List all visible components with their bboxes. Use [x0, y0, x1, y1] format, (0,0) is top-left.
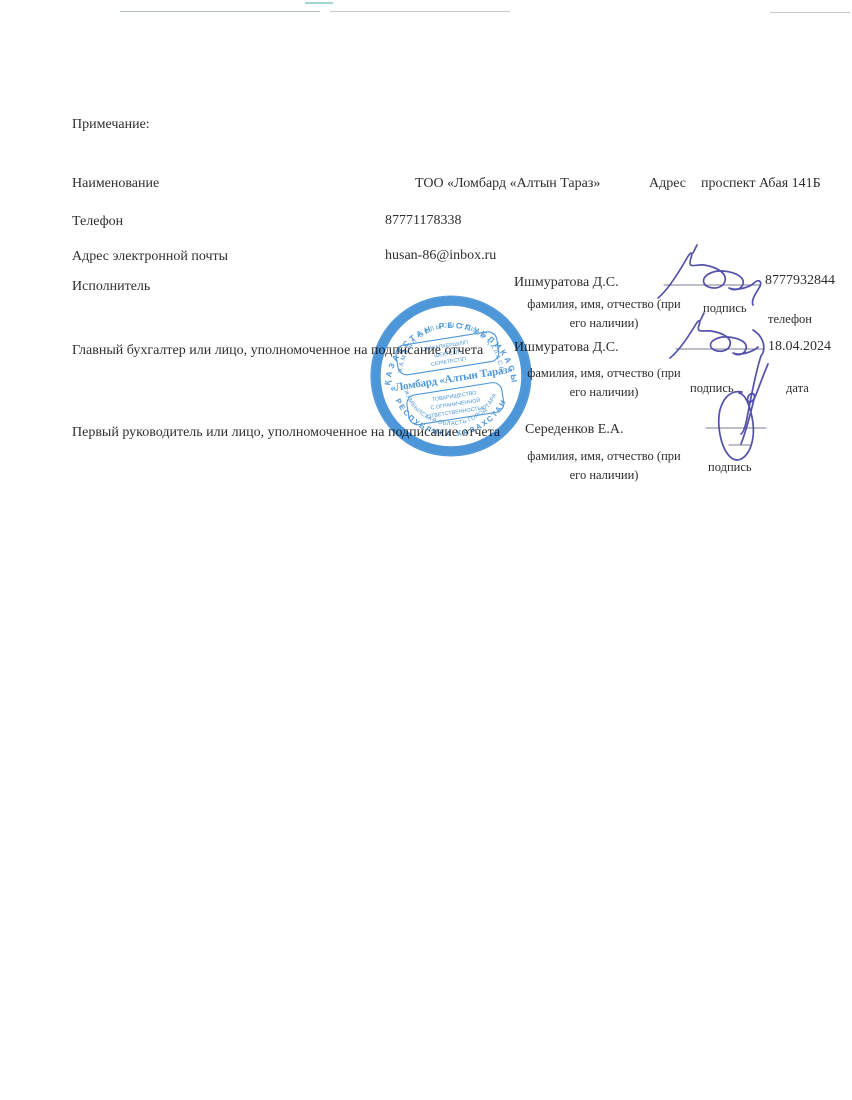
company-stamp: ҚАЗАҚСТАН РЕСПУБЛИКАСЫ РЕСПУБЛИКА КАЗАХС…: [369, 294, 533, 458]
scanned-document-page: Примечание: Наименование ТОО «Ломбард «А…: [0, 0, 852, 1100]
executor-person-name: Ишмуратова Д.С.: [514, 275, 619, 291]
chief-accountant-date-label: дата: [786, 381, 809, 396]
scan-artifact-line: [770, 12, 850, 13]
executor-phone-value: 8777932844: [765, 273, 835, 289]
executor-phone-label: телефон: [768, 312, 812, 327]
email-field-label: Адрес электронной почты: [72, 249, 228, 265]
name-field-label: Наименование: [72, 176, 159, 192]
director-signature: [719, 364, 768, 460]
chief-accountant-signature-label: подпись: [690, 381, 734, 396]
chief-accountant-fio-hint: фамилия, имя, отчество (при его наличии): [518, 364, 690, 402]
chief-accountant-date-value: 18.04.2024: [768, 339, 831, 355]
scan-artifact-line: [120, 11, 320, 12]
director-fio-hint: фамилия, имя, отчество (при его наличии): [518, 447, 690, 485]
address-field-value: проспект Абая 141Б: [701, 176, 821, 192]
scan-artifact-line: [330, 11, 510, 12]
executor-role-label: Исполнитель: [72, 279, 150, 295]
address-field-label: Адрес: [649, 176, 686, 192]
scan-artifact-teal-mark: [305, 2, 333, 4]
phone-field-label: Телефон: [72, 214, 123, 230]
signatures-layer: [0, 0, 852, 1100]
executor-fio-hint: фамилия, имя, отчество (при его наличии): [518, 295, 690, 333]
executor-signature-label: подпись: [703, 301, 747, 316]
director-signature-label: подпись: [708, 460, 752, 475]
name-field-value: ТОО «Ломбард «Алтын Тараз»: [415, 176, 600, 192]
phone-field-value: 87771178338: [385, 213, 461, 229]
note-label: Примечание:: [72, 117, 150, 133]
director-person-name: Середенков Е.А.: [525, 422, 623, 438]
email-field-value: husan-86@inbox.ru: [385, 248, 496, 264]
